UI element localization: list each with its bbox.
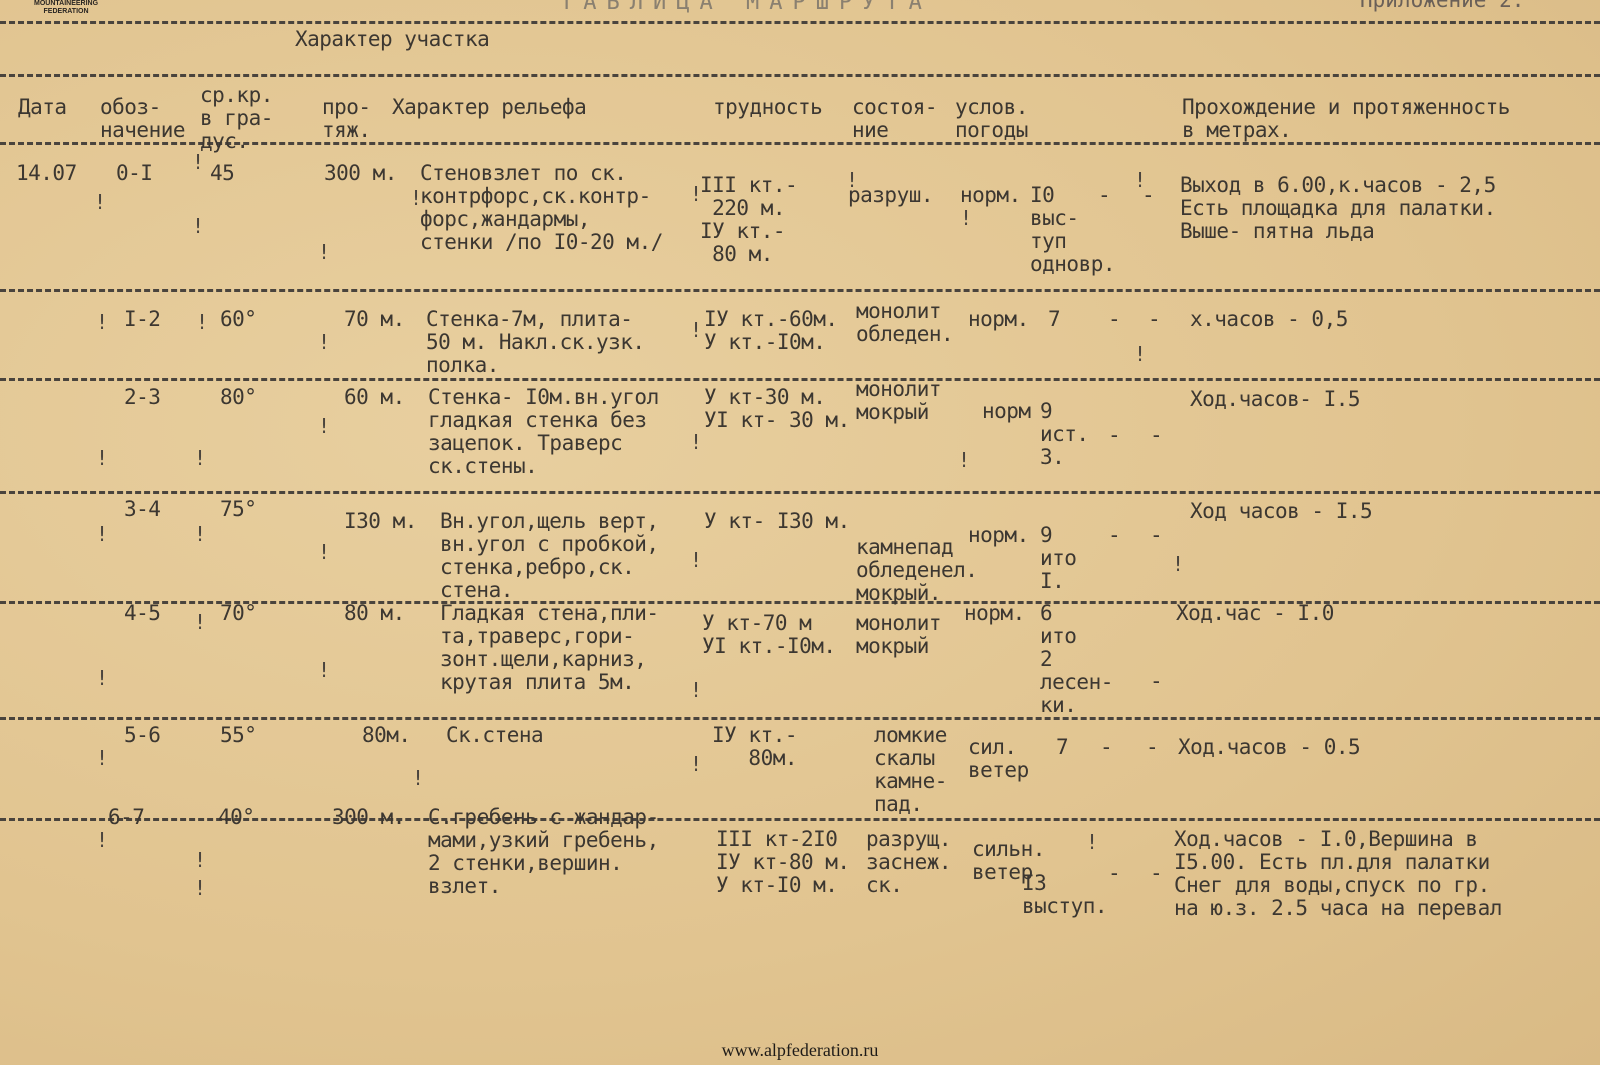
rule xyxy=(0,21,1600,24)
cell-relief: Вн.угол,щель верт, вн.угол с пробкой, ст… xyxy=(440,510,659,602)
separator-mark: ! xyxy=(192,214,204,238)
cell-length: 300 м. xyxy=(332,806,405,829)
cell-relief: Стеновзлет по ск. контрфорс,ск.контр- фо… xyxy=(420,162,663,254)
cell-length: 80 м. xyxy=(344,602,405,625)
cell-designation: 5-6 xyxy=(124,724,160,747)
col-avg-slope: ср.кр. в гра- дус. xyxy=(200,84,273,153)
cell-condition: монолит обледен. xyxy=(856,300,953,346)
cell-c2: - xyxy=(1146,736,1158,759)
separator-mark: ! xyxy=(194,446,206,470)
cell-hooks: 6 ито 2 лесен- ки. xyxy=(1040,602,1113,717)
col-relief: Характер рельефа xyxy=(392,96,586,119)
logo-line-2: FEDERATION xyxy=(34,8,98,16)
federation-logo: MOUNTAINEERING FEDERATION xyxy=(34,0,98,16)
appendix-label-partial: Приложение 2. xyxy=(1360,0,1524,12)
separator-mark: ! xyxy=(196,310,208,334)
cell-designation: 6-7 xyxy=(108,806,144,829)
cell-passage: Ход.часов - 0.5 xyxy=(1178,736,1360,759)
cell-passage: Ход.часов- I.5 xyxy=(1190,388,1360,411)
separator-mark: ! xyxy=(410,186,422,210)
cell-c2: - xyxy=(1150,524,1162,547)
separator-mark: ! xyxy=(96,666,108,690)
separator-mark: ! xyxy=(96,522,108,546)
cell-c1: - xyxy=(1108,862,1120,885)
col-weather: услов. погоды xyxy=(955,96,1028,142)
separator-mark: ! xyxy=(318,330,330,354)
col-difficulty: трудность xyxy=(713,96,822,119)
cell-designation: 3-4 xyxy=(124,498,160,521)
separator-mark: ! xyxy=(690,182,702,206)
cell-weather: норм. xyxy=(968,524,1029,547)
rule xyxy=(0,491,1600,494)
separator-mark: ! xyxy=(318,240,330,264)
separator-mark: ! xyxy=(194,848,206,872)
footer-url: www.alpfederation.ru xyxy=(0,1040,1600,1061)
cell-length: 60 м. xyxy=(344,386,405,409)
rule xyxy=(0,717,1600,720)
rule xyxy=(0,289,1600,292)
separator-mark: ! xyxy=(1134,168,1146,192)
separator-mark: ! xyxy=(318,540,330,564)
cell-difficulty: IУ кт.- 80м. xyxy=(712,724,797,770)
cell-weather: норм xyxy=(982,400,1031,423)
separator-mark: ! xyxy=(194,876,206,900)
cell-hooks: 7 xyxy=(1056,736,1068,759)
separator-mark: ! xyxy=(1172,552,1184,576)
cell-hooks: I3 выступ. xyxy=(1022,872,1107,918)
col-passage: Прохождение и протяженность в метрах. xyxy=(1182,96,1510,142)
separator-mark: ! xyxy=(1086,830,1098,854)
cell-length: 70 м. xyxy=(344,308,405,331)
cell-passage: Ход.час - I.0 xyxy=(1176,602,1334,625)
cell-passage: Выход в 6.00,к.часов - 2,5 Есть площадка… xyxy=(1180,174,1496,243)
separator-mark: ! xyxy=(690,548,702,572)
separator-mark: ! xyxy=(690,430,702,454)
cell-condition: камнепад обледенел. мокрый. xyxy=(856,536,977,605)
separator-mark: ! xyxy=(96,828,108,852)
separator-mark: ! xyxy=(1134,342,1146,366)
separator-mark: ! xyxy=(318,414,330,438)
cell-passage: Ход часов - I.5 xyxy=(1190,500,1372,523)
separator-mark: ! xyxy=(96,746,108,770)
cell-c1: - xyxy=(1100,736,1112,759)
separator-mark: ! xyxy=(958,448,970,472)
separator-mark: ! xyxy=(846,168,858,192)
cell-weather: норм. xyxy=(964,602,1025,625)
cell-weather: сил. ветер xyxy=(968,736,1029,782)
document-title-partial: ТАБЛИЦА МАРШРУТА xyxy=(560,0,932,15)
group-header: Характер участка xyxy=(295,28,489,51)
cell-avg-slope: 40° xyxy=(218,806,254,829)
cell-c2: - xyxy=(1150,862,1162,885)
rule xyxy=(0,378,1600,381)
cell-length: 80м. xyxy=(362,724,411,747)
cell-relief: Стенка-7м, плита- 50 м. Накл.ск.узк. пол… xyxy=(426,308,645,377)
cell-avg-slope: 70° xyxy=(220,602,256,625)
cell-passage: Ход.часов - I.0,Вершина в I5.00. Есть пл… xyxy=(1174,828,1502,920)
col-designation: обоз- начение xyxy=(100,96,185,142)
cell-date: 14.07 xyxy=(16,162,77,185)
separator-mark: ! xyxy=(96,446,108,470)
separator-mark: ! xyxy=(318,658,330,682)
cell-hooks: 9 ист. 3. xyxy=(1040,400,1089,469)
cell-length: 300 м. xyxy=(324,162,397,185)
cell-avg-slope: 45 xyxy=(210,162,234,185)
logo-line-1: MOUNTAINEERING xyxy=(34,0,98,8)
cell-condition: разруш. xyxy=(848,184,933,207)
rule xyxy=(0,74,1600,77)
cell-avg-slope: 75° xyxy=(220,498,256,521)
cell-c1: - xyxy=(1108,308,1120,331)
cell-c2: - xyxy=(1150,670,1162,693)
cell-avg-slope: 60° xyxy=(220,308,256,331)
cell-c1: - xyxy=(1108,524,1120,547)
cell-c2: - xyxy=(1150,424,1162,447)
cell-designation: I-2 xyxy=(124,308,160,331)
separator-mark: ! xyxy=(96,310,108,334)
separator-mark: ! xyxy=(194,522,206,546)
cell-c2: - xyxy=(1148,308,1160,331)
cell-designation: 2-3 xyxy=(124,386,160,409)
separator-mark: ! xyxy=(194,610,206,634)
cell-condition: монолит мокрый xyxy=(856,378,941,424)
cell-difficulty: У кт-30 м. УI кт- 30 м. xyxy=(704,386,850,432)
cell-condition: разрущ. заснеж. ск. xyxy=(866,828,951,897)
separator-mark: ! xyxy=(412,766,424,790)
col-condition: состоя- ние xyxy=(852,96,937,142)
separator-mark: ! xyxy=(192,150,204,174)
cell-weather: норм. xyxy=(968,308,1029,331)
cell-condition: ломкие скалы камне- пад. xyxy=(874,724,947,816)
cell-designation: 4-5 xyxy=(124,602,160,625)
cell-relief: Ск.стена xyxy=(446,724,543,747)
cell-difficulty: У кт-70 м УI кт.-I0м. xyxy=(702,612,836,658)
cell-relief: Гладкая стена,пли- та,траверс,гори- зонт… xyxy=(440,602,659,694)
cell-difficulty: III кт-2I0 IУ кт-80 м. У кт-I0 м. xyxy=(716,828,850,897)
col-length: про- тяж. xyxy=(322,96,371,142)
cell-passage: х.часов - 0,5 xyxy=(1190,308,1348,331)
cell-designation: 0-I xyxy=(116,162,152,185)
cell-difficulty: III кт.- 220 м. IУ кт.- 80 м. xyxy=(700,174,797,266)
cell-hooks: 7 xyxy=(1048,308,1060,331)
cell-difficulty: У кт- I30 м. xyxy=(704,510,850,533)
cell-avg-slope: 80° xyxy=(220,386,256,409)
separator-mark: ! xyxy=(690,752,702,776)
separator-mark: ! xyxy=(94,190,106,214)
cell-condition: монолит мокрый xyxy=(856,612,941,658)
cell-relief: Стенка- I0м.вн.угол гладкая стенка без з… xyxy=(428,386,659,478)
cell-c1: - xyxy=(1108,424,1120,447)
cell-relief: С.гребень с жандар- мами,узкий гребень, … xyxy=(428,806,659,898)
cell-length: I30 м. xyxy=(344,510,417,533)
cell-hooks: 9 ито I. xyxy=(1040,524,1076,593)
separator-mark: ! xyxy=(690,678,702,702)
separator-mark: ! xyxy=(960,206,972,230)
col-date: Дата xyxy=(18,96,67,119)
separator-mark: ! xyxy=(690,318,702,342)
cell-weather: норм. xyxy=(960,184,1021,207)
cell-c1: - xyxy=(1098,184,1110,207)
cell-avg-slope: 55° xyxy=(220,724,256,747)
cell-difficulty: IУ кт.-60м. У кт.-I0м. xyxy=(704,308,838,354)
